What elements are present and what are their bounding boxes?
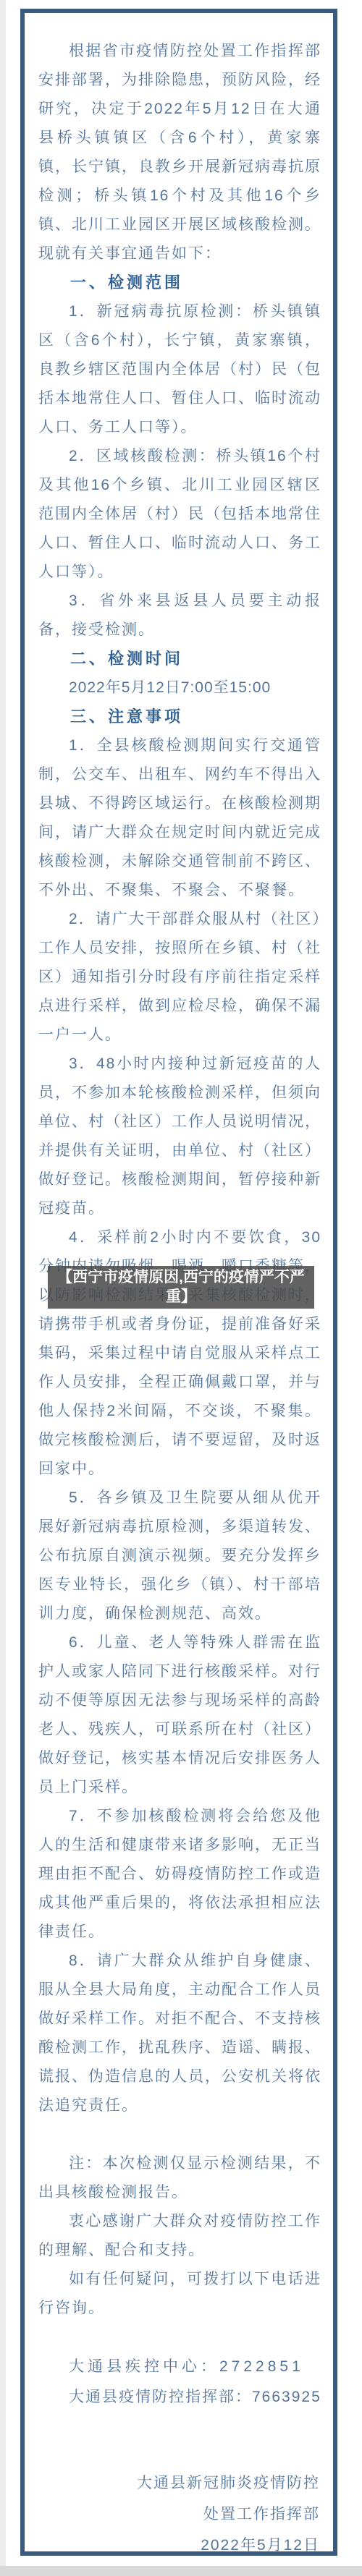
- thanks-line: 衷心感谢广大群众对疫情防控工作的理解、配合和支持。: [38, 2207, 321, 2265]
- intro-paragraph: 根据省市疫情防控处置工作指挥部安排部署，为排除隐患，预防风险，经研究，决定于20…: [38, 37, 321, 268]
- notes-paragraph-4: 4．采样前2小时内不要饮食，30分钟内请勿吸烟、喝酒、嚼口香糖等，以防影响检测结…: [38, 1223, 321, 1484]
- signature-block: 大通县新冠肺炎疫情防控 处置工作指挥部 2022年5月12日: [38, 2467, 321, 2556]
- contact-cdc-phone: 2722851: [219, 2358, 304, 2375]
- notes-paragraph-6: 6．儿童、老人等特殊人群需在监护人或家人陪同下进行核酸采样。对行动不便等原因无法…: [38, 1628, 321, 1802]
- notes-paragraph-2: 2．请广大干部群众服从村（社区）工作人员安排，按照所在乡镇、村（社区）通知指引分…: [38, 905, 321, 1050]
- result-note: 注：本次检测仅显示检测结果，不出具核酸检测报告。: [38, 2149, 321, 2207]
- hotline-intro: 如有任何疑问，可拨打以下电话进行咨询。: [38, 2265, 321, 2323]
- contact-cdc: 大通县疾控中心：2722851: [38, 2352, 321, 2382]
- signature-date: 2022年5月12日: [38, 2530, 320, 2556]
- contact-headquarters-label: 大通县疫情防控指挥部：: [69, 2389, 252, 2405]
- notes-paragraph-8: 8．请广大群众从维护自身健康、服从全县大局角度，主动配合工作人员做好采样工作。对…: [38, 1947, 321, 2120]
- signature-org-line-1: 大通县新冠肺炎疫情防控: [38, 2467, 320, 2499]
- contact-headquarters: 大通县疫情防控指挥部：7663925: [38, 2382, 321, 2413]
- scope-paragraph-1: 1．新冠病毒抗原检测：桥头镇镇区（含6个村），长宁镇，黄家寨镇，良教乡辖区范围内…: [38, 297, 321, 442]
- notes-paragraph-1: 1．全县核酸检测期间实行交通管制，公交车、出租车、网约车不得出入县城、不得跨区域…: [38, 731, 321, 905]
- contact-headquarters-phone: 7663925: [252, 2389, 321, 2405]
- page: { "colors": { "card_border": "#3b5a7d", …: [0, 0, 362, 2576]
- section-heading-scope: 一、检测范围: [38, 268, 321, 297]
- scope-paragraph-2: 2．区域核酸检测：桥头镇16个村及其他16个乡镇、北川工业园区辖区范围内全体居（…: [38, 442, 321, 587]
- notes-paragraph-5: 5．各乡镇及卫生院要从细从优开展好新冠病毒抗原检测，多渠道转发、公布抗原自测演示…: [38, 1484, 321, 1628]
- section-heading-notes: 三、注意事项: [38, 702, 321, 731]
- signature-org-line-2: 处置工作指挥部: [38, 2499, 320, 2530]
- section-heading-time: 二、检测时间: [38, 645, 321, 673]
- notes-paragraph-3: 3．48小时内接种过新冠疫苗的人员，不参加本轮核酸检测采样，但须向单位、村（社区…: [38, 1050, 321, 1223]
- page-bottom-strip: [0, 2566, 362, 2576]
- page-left-edge: [0, 0, 6, 2576]
- test-time: 2022年5月12日7:00至15:00: [38, 673, 321, 702]
- overlay-caption: 【西宁市疫情原因,西宁的疫情严不严重】: [48, 1266, 314, 1309]
- notes-paragraph-7: 7．不参加核酸检测将会给您及他人的生活和健康带来诸多影响，无正当理由拒不配合、妨…: [38, 1802, 321, 1947]
- scope-paragraph-3: 3．省外来县返县人员要主动报备，接受检测。: [38, 587, 321, 645]
- contact-cdc-label: 大通县疾控中心：: [69, 2358, 219, 2375]
